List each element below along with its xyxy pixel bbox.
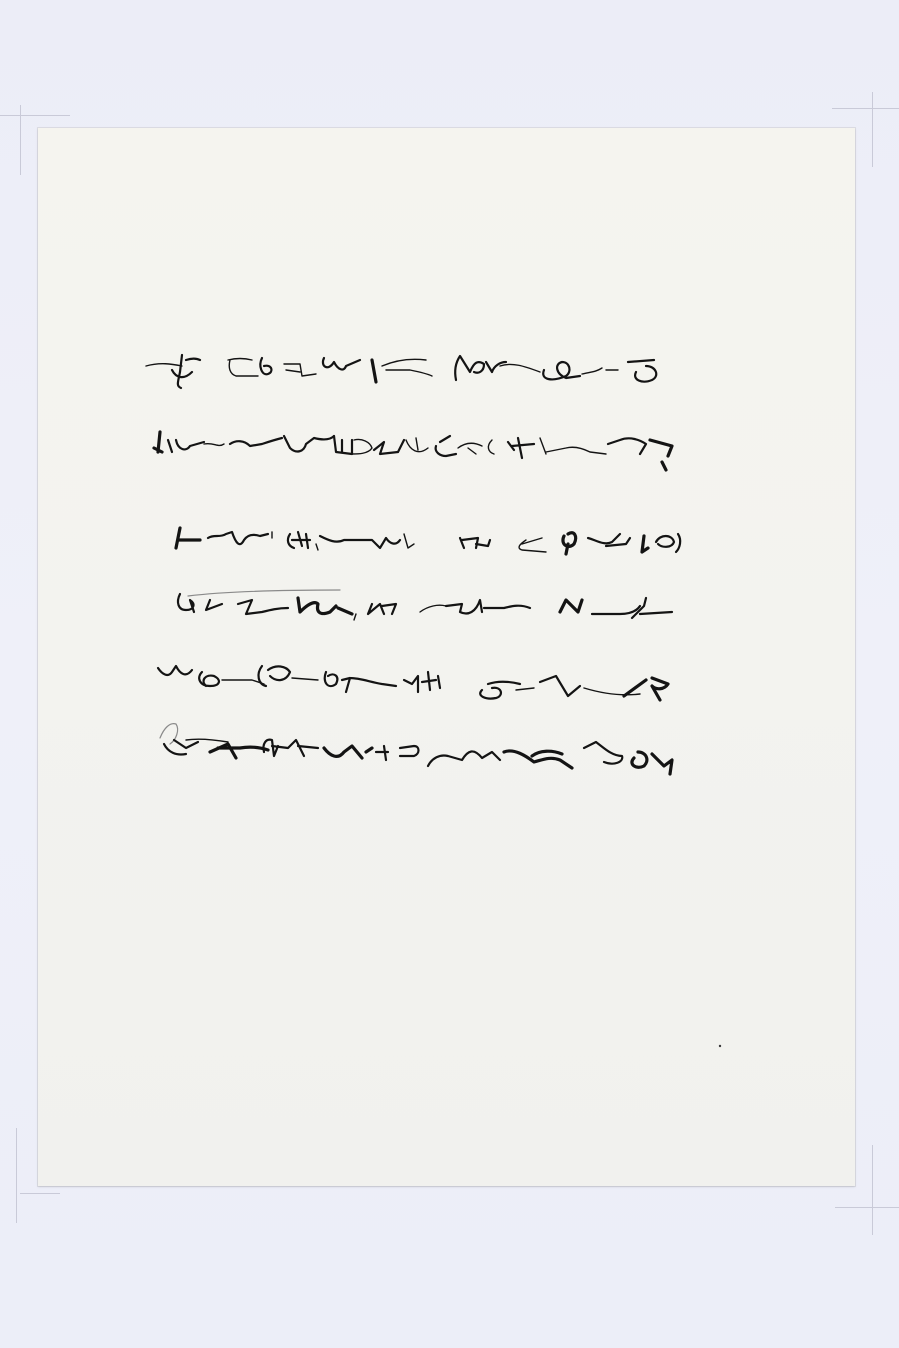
script-line-4 xyxy=(178,590,672,620)
asemic-writing xyxy=(0,0,899,1348)
script-line-2 xyxy=(154,432,672,470)
script-line-1 xyxy=(146,355,656,388)
script-line-3 xyxy=(176,528,680,554)
script-line-6 xyxy=(160,724,672,774)
script-line-5 xyxy=(158,666,668,700)
ink-speck xyxy=(719,1045,721,1047)
